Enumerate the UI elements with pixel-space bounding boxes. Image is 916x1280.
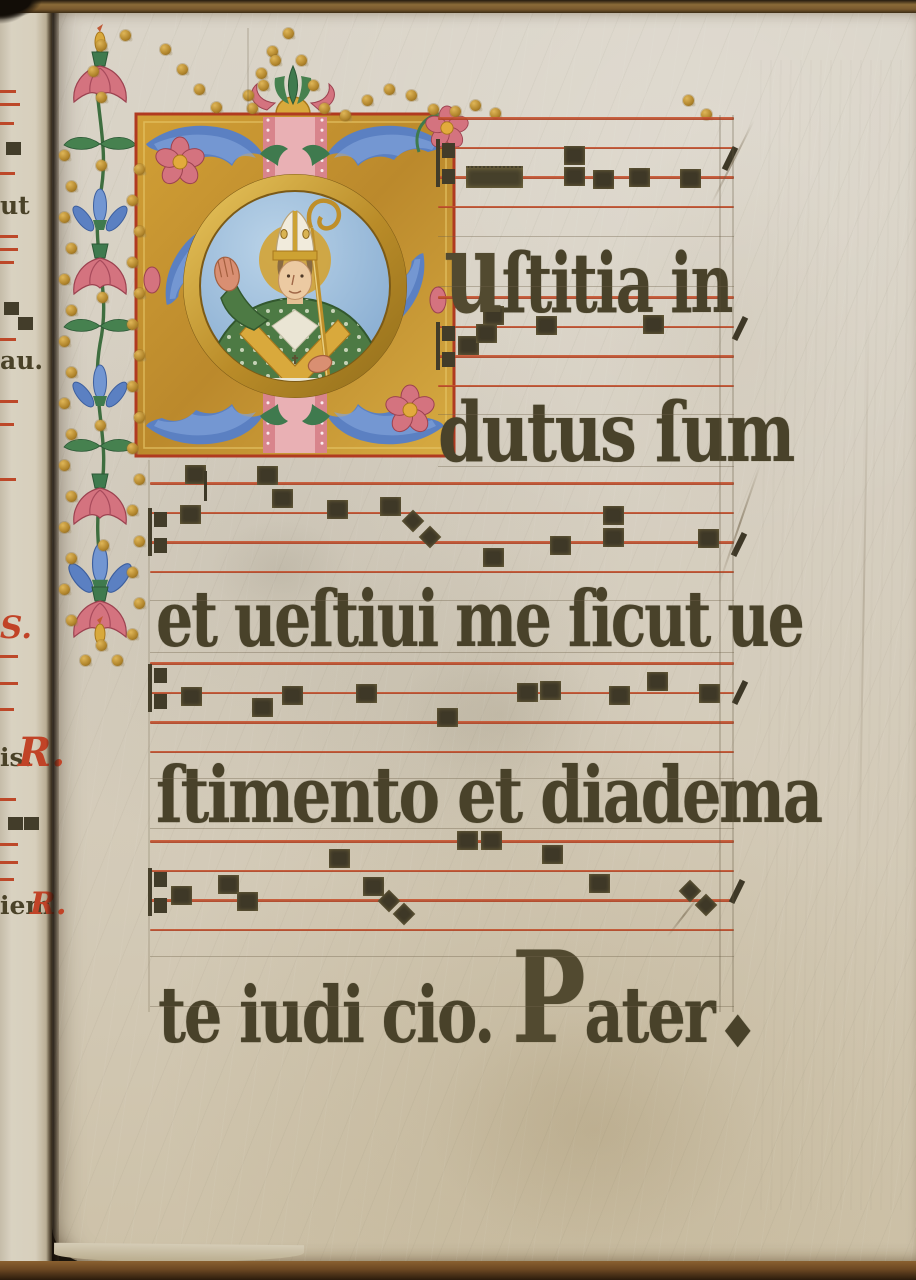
historiated-initial: [134, 112, 456, 458]
gold-dot: [319, 103, 330, 114]
clef-mark: [442, 352, 455, 367]
gold-dot: [470, 100, 481, 111]
prev-page-staff-line: [0, 172, 15, 175]
book-bottom-edge: [0, 1261, 916, 1280]
gold-dot: [127, 567, 138, 578]
staff-line: [150, 571, 734, 574]
neume-punctum: [550, 536, 571, 555]
neume-punctum: [564, 167, 585, 186]
gold-dot: [59, 522, 70, 533]
neume-punctum: [171, 886, 192, 905]
gold-dot: [96, 92, 107, 103]
neume-stem: [204, 471, 207, 501]
chant-text: ſtitia in: [502, 236, 732, 332]
neume-punctum: [517, 683, 538, 702]
staff-line: [150, 870, 734, 873]
prev-page-neume: [6, 142, 21, 155]
clef-mark: [154, 694, 167, 709]
neume-punctum: [282, 686, 303, 705]
neume-punctum: [237, 892, 258, 911]
prev-page-staff-line: [0, 235, 18, 238]
prev-page-staff-line: [0, 843, 18, 846]
gold-dot: [59, 212, 70, 223]
gold-dot: [66, 181, 77, 192]
gold-dot: [211, 102, 222, 113]
margin-ruling-line: [247, 28, 249, 112]
staff-line: [438, 355, 734, 358]
prev-page-staff-line: [0, 878, 14, 881]
gold-dot: [59, 336, 70, 347]
neume-punctum: [218, 875, 239, 894]
text-ruling-line: [150, 600, 734, 601]
gold-dot: [96, 160, 107, 171]
gold-dot: [340, 110, 351, 121]
gold-dot: [134, 164, 145, 175]
gold-dot: [66, 491, 77, 502]
prev-page-staff-line: [0, 861, 18, 864]
prev-page-staff-line: [0, 248, 18, 251]
gold-dot: [308, 80, 319, 91]
gold-dot: [134, 474, 145, 485]
clef-mark: [442, 169, 455, 184]
gold-dot: [96, 40, 107, 51]
text-ruling-line: [150, 1006, 734, 1007]
prev-page-staff-line: [0, 423, 14, 426]
prev-page-neume: [4, 302, 19, 315]
neume-punctum: [363, 877, 384, 896]
neume-punctum: [181, 687, 202, 706]
prev-page-neume: [18, 317, 33, 330]
prev-page-staff-line: [0, 400, 18, 403]
prev-page-text-fragment: S.: [0, 613, 32, 644]
gold-dot: [406, 90, 417, 101]
gold-dot: [258, 80, 269, 91]
cadel-letter: u: [444, 206, 502, 339]
neume-punctum: [252, 698, 273, 717]
prev-page-neume: [8, 817, 23, 830]
neume-punctum: [185, 465, 206, 484]
gold-dot: [256, 68, 267, 79]
neume-punctum: [180, 505, 201, 524]
text-ruling-line: [438, 414, 734, 415]
neume-punctum: [483, 548, 504, 567]
neume-punctum: [540, 681, 561, 700]
gold-dot: [127, 257, 138, 268]
chant-text-line: ſtimento et diadema: [156, 757, 821, 835]
clef-mark: [436, 139, 440, 187]
neume-punctum: [603, 528, 624, 547]
neume-punctum: [327, 500, 348, 519]
neume-punctum: [356, 684, 377, 703]
clef-mark: [154, 872, 167, 887]
chant-text-line: uſtitia in: [444, 216, 731, 329]
gold-dot: [59, 460, 70, 471]
gold-dot: [134, 288, 145, 299]
gold-dot: [283, 28, 294, 39]
neume-punctum: [564, 146, 585, 165]
gold-dot: [127, 319, 138, 330]
gold-dot: [66, 553, 77, 564]
chant-text-line: te iudi cio. Pater ◆: [158, 935, 751, 1061]
staff-line: [150, 929, 734, 932]
prev-page-staff-line: [0, 103, 20, 106]
chant-text: ater: [584, 970, 713, 1061]
gold-dot: [59, 150, 70, 161]
neume-punctum: [257, 466, 278, 485]
gold-dot: [112, 655, 123, 666]
gold-dot: [98, 540, 109, 551]
gold-dot: [296, 55, 307, 66]
staff-line: [438, 147, 734, 150]
text-ruling-line: [438, 286, 734, 287]
gold-dot: [59, 398, 70, 409]
prev-page-text-fragment: ut: [0, 193, 30, 218]
neume-punctum: [437, 708, 458, 727]
neume-punctum: [603, 506, 624, 525]
prev-page-staff-line: [0, 682, 18, 685]
prev-page-staff-line: [0, 798, 16, 801]
gold-dot: [683, 95, 694, 106]
gold-dot: [127, 443, 138, 454]
gold-dot: [127, 629, 138, 640]
prev-page-neume: [24, 817, 39, 830]
chant-text-line: dutus ſum: [438, 392, 793, 474]
text-ruling-line: [438, 466, 734, 467]
neume-punctum: [589, 874, 610, 893]
gold-dot: [428, 104, 439, 115]
gold-dot: [127, 505, 138, 516]
text-ruling-line: [150, 956, 734, 957]
gold-dot: [66, 305, 77, 316]
gold-dot: [134, 536, 145, 547]
staff-line: [150, 512, 734, 515]
manuscript-photo: utau.S.is.R.iemR.: [0, 0, 916, 1280]
neume-punctum: [329, 849, 350, 868]
gold-dot: [194, 84, 205, 95]
gold-dot: [96, 640, 107, 651]
gold-dot: [450, 106, 461, 117]
gold-dot: [384, 84, 395, 95]
gold-dot: [134, 226, 145, 237]
gold-dot: [127, 381, 138, 392]
text-ruling-line: [438, 236, 734, 237]
gold-dot: [134, 598, 145, 609]
gold-dot: [66, 615, 77, 626]
prev-page-staff-line: [0, 478, 16, 481]
clef-mark: [154, 668, 167, 683]
clef-mark: [154, 538, 167, 553]
gold-dot: [243, 90, 254, 101]
staff-line: [150, 482, 734, 485]
clef-mark: [154, 898, 167, 913]
gold-dot: [134, 350, 145, 361]
text-ruling-line: [150, 828, 734, 829]
neume-punctum: [698, 529, 719, 548]
prev-page-staff-line: [0, 90, 16, 93]
neume-punctum: [647, 672, 668, 691]
text-ruling-line: [150, 778, 734, 779]
neume-punctum: [380, 497, 401, 516]
margin-ruling-line: [719, 115, 721, 1012]
gold-dot: [247, 103, 258, 114]
gold-dot: [59, 584, 70, 595]
prev-page-text-fragment: au.: [0, 348, 43, 373]
prev-page-staff-line: [0, 655, 18, 658]
gold-dot: [127, 195, 138, 206]
margin-ruling-line: [732, 115, 734, 1012]
clef-mark: [442, 143, 455, 158]
gold-dot: [362, 95, 373, 106]
neume-punctum: [272, 489, 293, 508]
gold-dot: [120, 30, 131, 41]
gold-dot: [270, 55, 281, 66]
gold-dot: [66, 367, 77, 378]
gold-dot: [88, 66, 99, 77]
clef-mark: [154, 512, 167, 527]
gold-dot: [134, 412, 145, 423]
neume-punctum: [609, 686, 630, 705]
neume-punctum: [593, 170, 614, 189]
staff-line: [150, 692, 734, 695]
gold-dot: [160, 44, 171, 55]
book-top-edge: [0, 0, 916, 13]
neume-strophicus: [466, 166, 523, 188]
gold-dot: [177, 64, 188, 75]
gold-dot: [80, 655, 91, 666]
book-top-corner-shadow: [0, 0, 70, 26]
margin-ruling-line: [148, 460, 150, 1012]
chant-text: te iudi cio.: [158, 970, 512, 1061]
prev-page-staff-line: [0, 122, 14, 125]
prev-page-staff-line: [0, 708, 14, 711]
neume-punctum: [542, 845, 563, 864]
gold-dot: [66, 429, 77, 440]
neume-punctum: [680, 169, 701, 188]
gold-dot: [66, 243, 77, 254]
clef-mark: [436, 322, 440, 370]
staff-line: [438, 117, 734, 120]
text-ruling-line: [150, 652, 734, 653]
staff-line: [150, 541, 734, 544]
gold-dot: [59, 274, 70, 285]
neume-punctum: [699, 684, 720, 703]
chant-text-line: et ueſtiui me ſicut ue: [156, 581, 803, 659]
prev-page-staff-line: [0, 261, 14, 264]
gold-dot: [95, 420, 106, 431]
neume-punctum: [629, 168, 650, 187]
gold-dot: [97, 292, 108, 303]
prev-page-staff-line: [0, 338, 16, 341]
cadel-letter: P: [512, 923, 585, 1072]
previous-page-edge: utau.S.is.R.iemR.: [0, 5, 52, 1267]
